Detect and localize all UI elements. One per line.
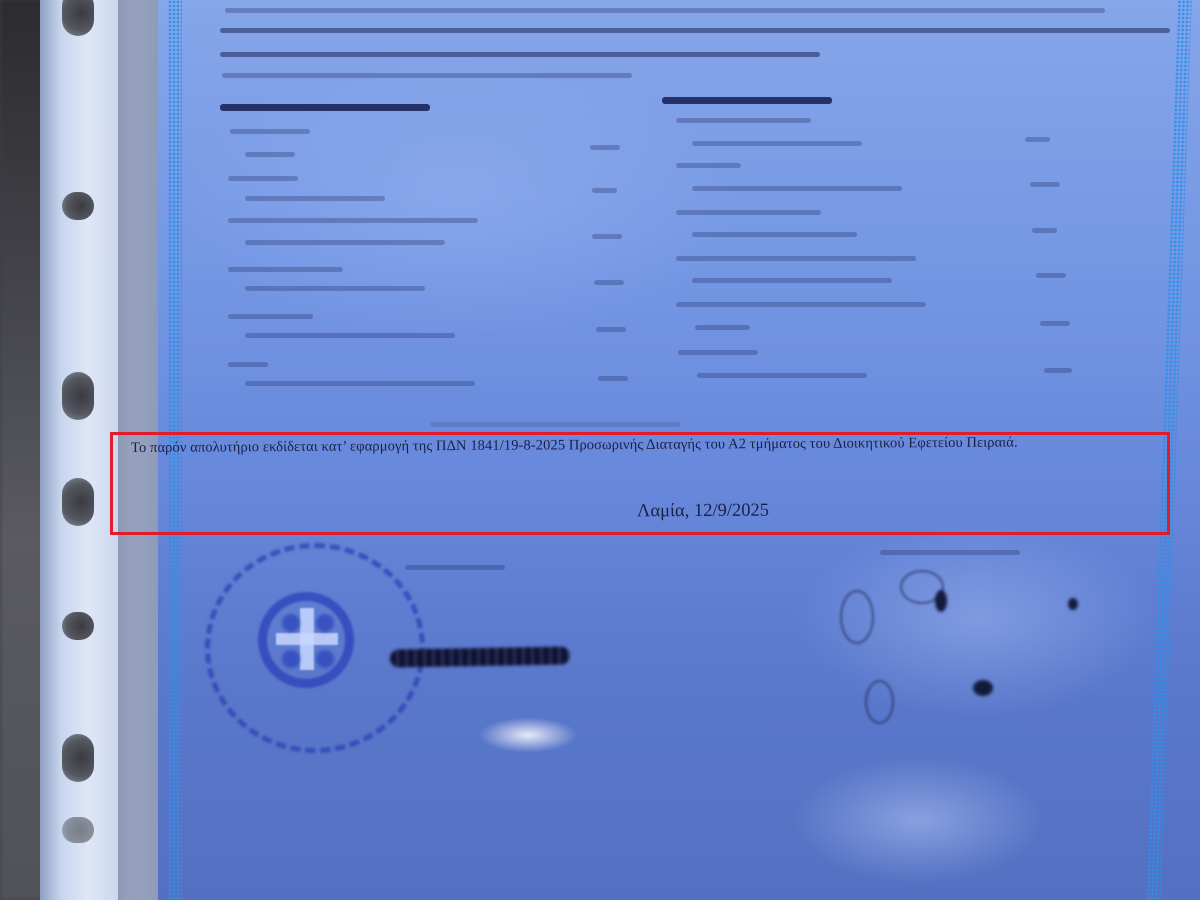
punch-hole xyxy=(62,0,94,36)
punch-hole xyxy=(62,192,94,220)
punch-hole xyxy=(62,612,94,640)
signatory-line xyxy=(405,565,505,570)
punch-hole xyxy=(62,734,94,782)
punch-hole xyxy=(62,817,94,843)
punch-hole xyxy=(62,478,94,526)
photo-scene: Το παρόν απολυτήριο εκδίδεται κατ’ εφαρμ… xyxy=(0,0,1200,900)
signature-mark xyxy=(390,646,570,667)
place-and-date: Λαμία, 12/9/2025 xyxy=(637,501,769,523)
punch-hole xyxy=(62,372,94,420)
